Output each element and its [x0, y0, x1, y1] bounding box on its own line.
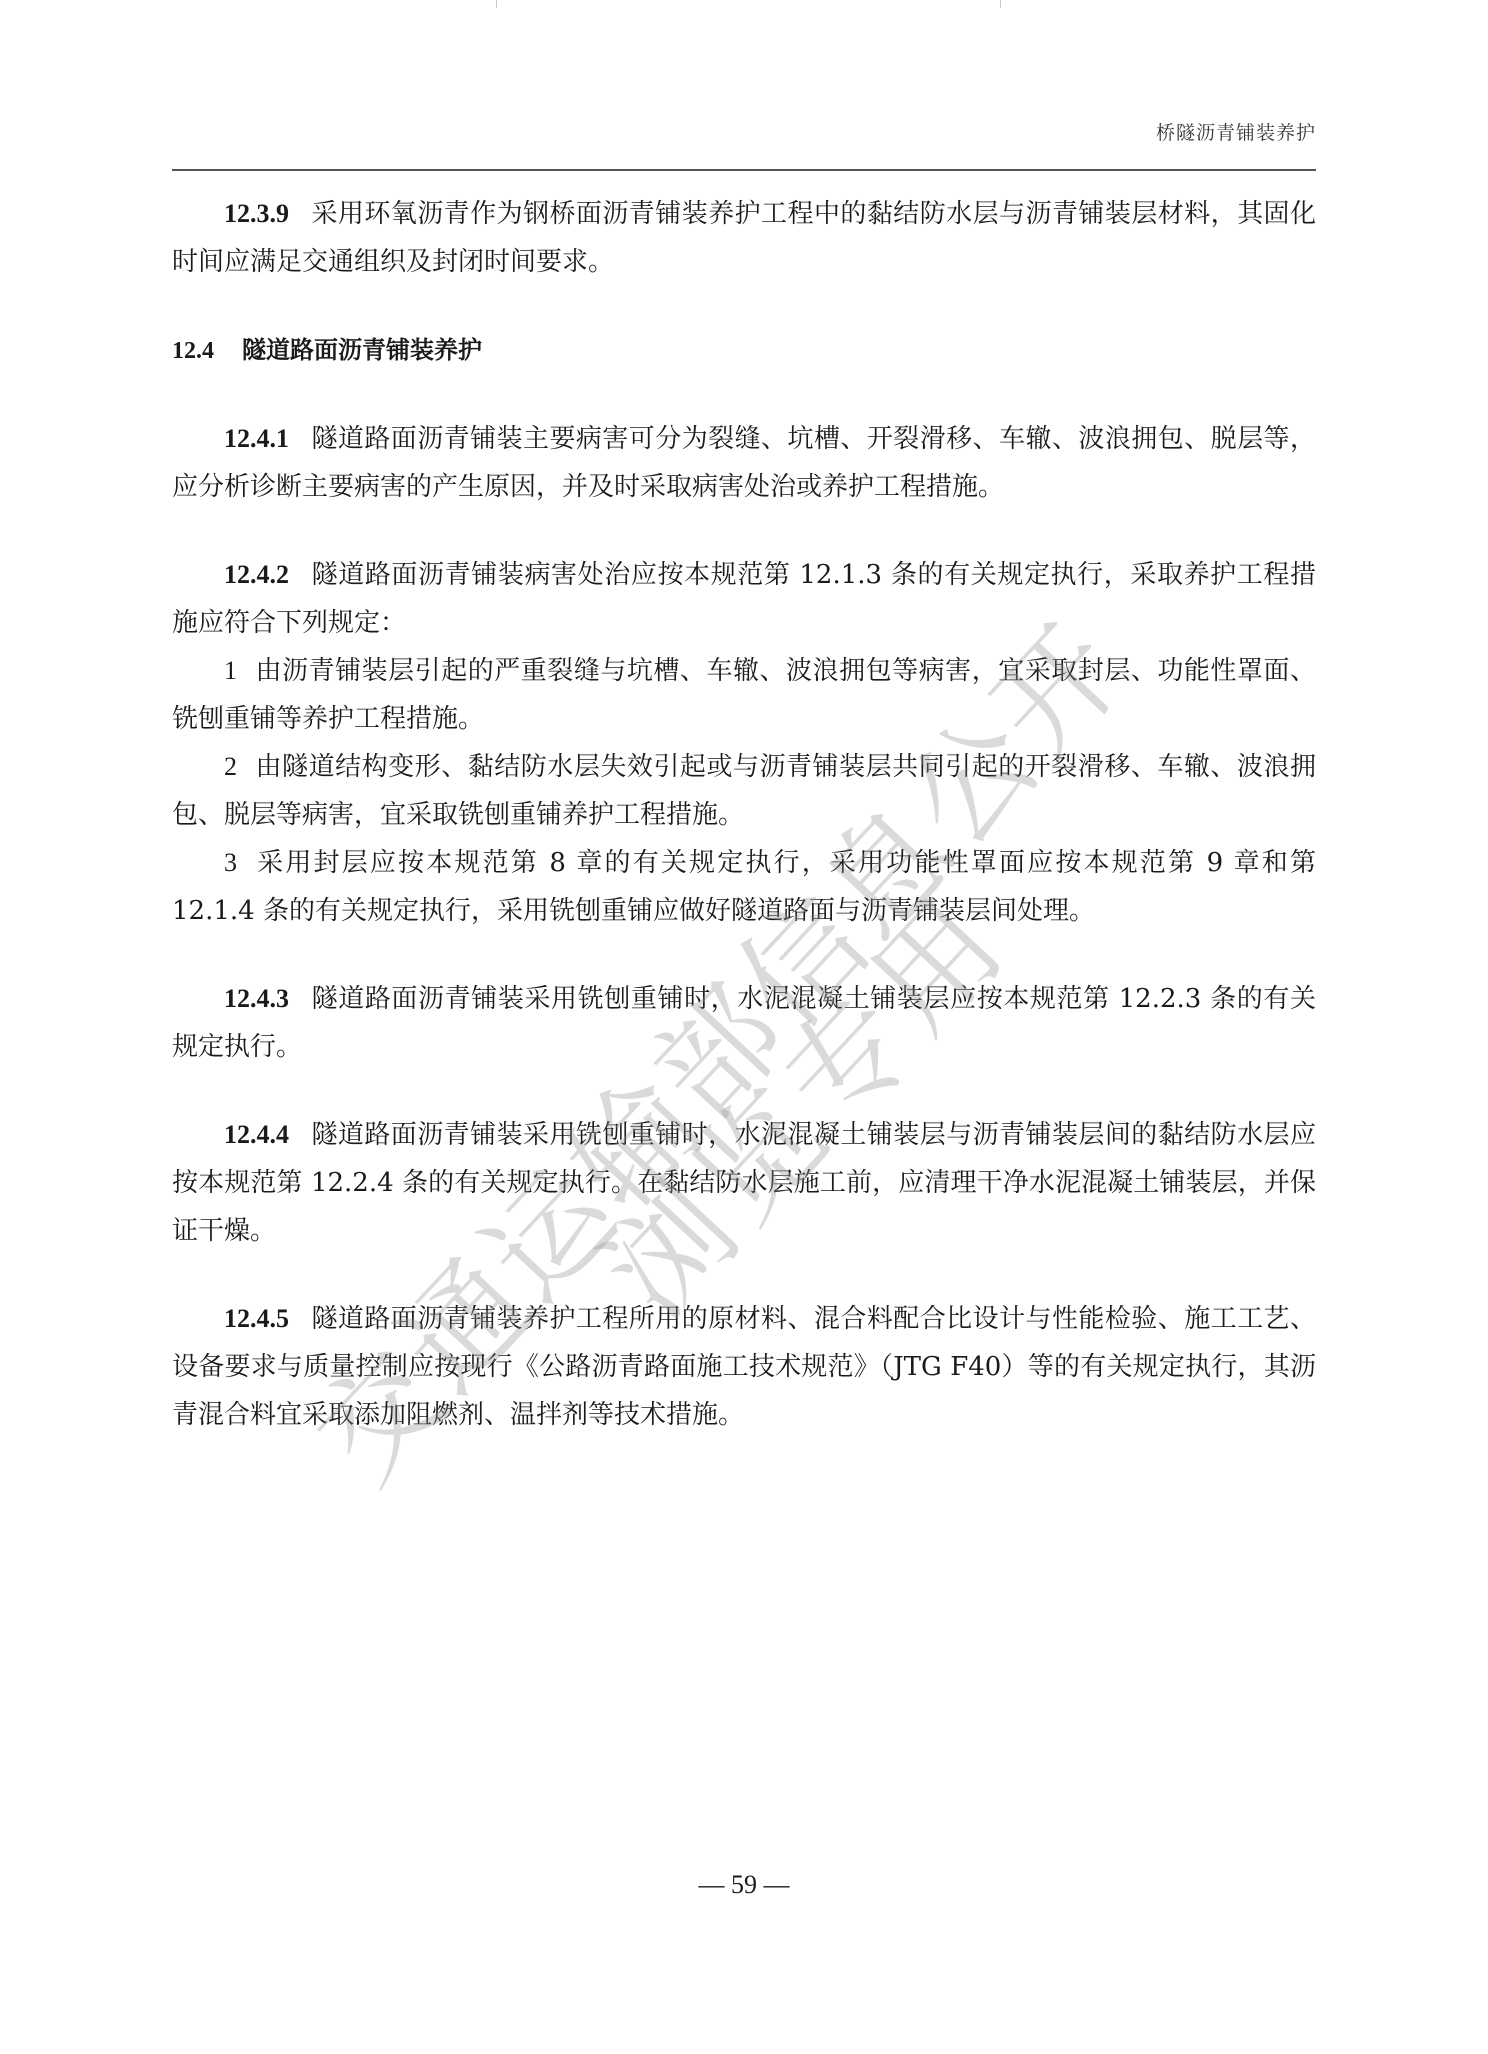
section-title: 隧道路面沥青铺装养护 [242, 336, 482, 364]
clause-text: 隧道路面沥青铺装养护工程所用的原材料、混合料配合比设计与性能检验、施工工艺、设备… [172, 1304, 1316, 1430]
item-number: 3 [224, 848, 237, 877]
running-header: 桥隧沥青铺装养护 [172, 118, 1316, 145]
crop-mark-left [496, 0, 497, 8]
clause-number: 12.4.1 [224, 424, 289, 453]
list-item: 1由沥青铺装层引起的严重裂缝与坑槽、车辙、波浪拥包等病害，宜采取封层、功能性罩面… [172, 647, 1316, 743]
clause-number: 12.4.4 [224, 1120, 289, 1149]
list-item: 3采用封层应按本规范第 8 章的有关规定执行，采用功能性罩面应按本规范第 9 章… [172, 839, 1316, 935]
clause-text: 隧道路面沥青铺装病害处治应按本规范第 12.1.3 条的有关规定执行，采取养护工… [172, 560, 1316, 638]
page-body: 12.3.9采用环氧沥青作为钢桥面沥青铺装养护工程中的黏结防水层与沥青铺装层材料… [172, 190, 1316, 1479]
page-number: — 59 — [0, 1870, 1488, 1900]
clause-text: 隧道路面沥青铺装采用铣刨重铺时，水泥混凝土铺装层与沥青铺装层间的黏结防水层应按本… [172, 1120, 1316, 1246]
section-heading-12-4: 12.4隧道路面沥青铺装养护 [172, 326, 1316, 375]
clause-12-4-5: 12.4.5隧道路面沥青铺装养护工程所用的原材料、混合料配合比设计与性能检验、施… [172, 1295, 1316, 1439]
clause-12-3-9: 12.3.9采用环氧沥青作为钢桥面沥青铺装养护工程中的黏结防水层与沥青铺装层材料… [172, 190, 1316, 286]
list-item: 2由隧道结构变形、黏结防水层失效引起或与沥青铺装层共同引起的开裂滑移、车辙、波浪… [172, 743, 1316, 839]
item-number: 1 [224, 656, 237, 685]
item-text: 采用封层应按本规范第 8 章的有关规定执行，采用功能性罩面应按本规范第 9 章和… [172, 848, 1316, 926]
section-number: 12.4 [172, 338, 214, 364]
clause-number: 12.3.9 [224, 199, 289, 228]
item-number: 2 [224, 752, 237, 781]
clause-12-4-3: 12.4.3隧道路面沥青铺装采用铣刨重铺时，水泥混凝土铺装层应按本规范第 12.… [172, 975, 1316, 1071]
clause-12-4-4: 12.4.4隧道路面沥青铺装采用铣刨重铺时，水泥混凝土铺装层与沥青铺装层间的黏结… [172, 1111, 1316, 1255]
clause-text: 隧道路面沥青铺装主要病害可分为裂缝、坑槽、开裂滑移、车辙、波浪拥包、脱层等，应分… [172, 424, 1316, 502]
clause-text: 采用环氧沥青作为钢桥面沥青铺装养护工程中的黏结防水层与沥青铺装层材料，其固化时间… [172, 199, 1316, 277]
crop-mark-right [1000, 0, 1001, 8]
clause-number: 12.4.2 [224, 560, 289, 589]
clause-12-4-2: 12.4.2隧道路面沥青铺装病害处治应按本规范第 12.1.3 条的有关规定执行… [172, 551, 1316, 935]
clause-12-4-1: 12.4.1隧道路面沥青铺装主要病害可分为裂缝、坑槽、开裂滑移、车辙、波浪拥包、… [172, 415, 1316, 511]
header-rule [172, 169, 1316, 171]
clause-number: 12.4.3 [224, 984, 289, 1013]
item-text: 由隧道结构变形、黏结防水层失效引起或与沥青铺装层共同引起的开裂滑移、车辙、波浪拥… [172, 752, 1316, 830]
item-text: 由沥青铺装层引起的严重裂缝与坑槽、车辙、波浪拥包等病害，宜采取封层、功能性罩面、… [172, 656, 1316, 734]
clause-text: 隧道路面沥青铺装采用铣刨重铺时，水泥混凝土铺装层应按本规范第 12.2.3 条的… [172, 984, 1316, 1062]
clause-number: 12.4.5 [224, 1304, 289, 1333]
